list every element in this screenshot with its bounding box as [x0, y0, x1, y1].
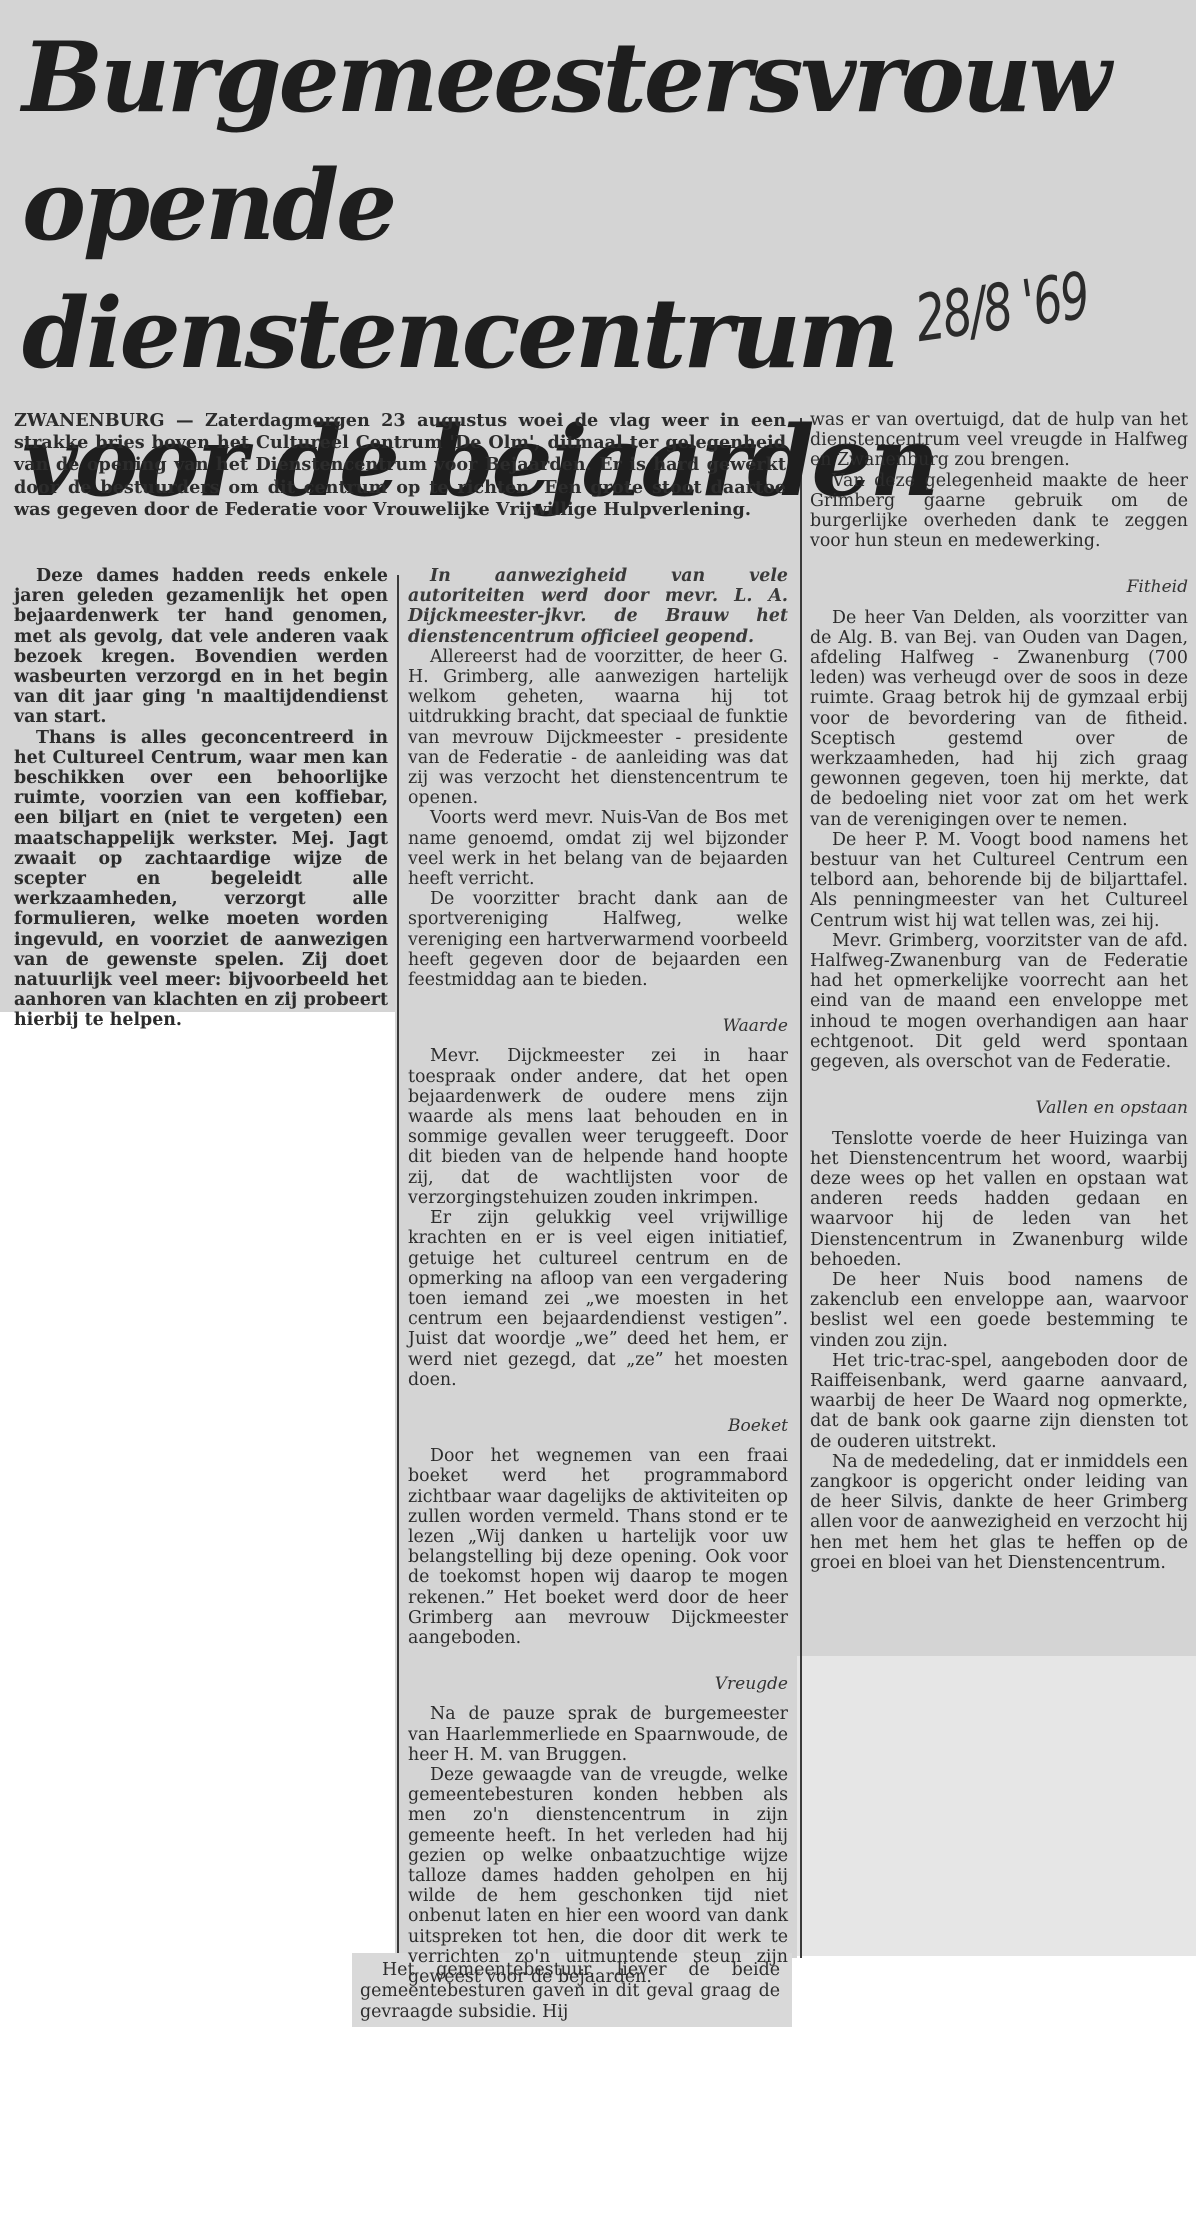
- clipping-blank-area: [797, 1656, 1196, 1956]
- paragraph: Van deze gelegenheid maakte de heer Grim…: [810, 471, 1188, 552]
- paragraph: Mevr. Dijckmeester zei in haar toespraak…: [408, 1046, 788, 1208]
- paragraph: Door het wegnemen van een fraai boeket w…: [408, 1446, 788, 1648]
- paragraph: Na de mededeling, dat er inmiddels een z…: [810, 1452, 1188, 1573]
- column-1: Deze dames hadden reeds enkele jaren gel…: [14, 566, 388, 1031]
- subheading-fitheid: Fitheid: [810, 577, 1188, 597]
- paragraph: De voorzitter bracht dank aan de sportve…: [408, 889, 788, 990]
- paragraph: Het gemeentebestuur, liever de beide gem…: [360, 1960, 780, 2023]
- lead-paragraph: In aanwezigheid van vele autoriteiten we…: [408, 566, 788, 647]
- article-intro: ZWANENBURG — Zaterdagmorgen 23 augustus …: [14, 410, 786, 521]
- subheading-boeket: Boeket: [408, 1416, 788, 1436]
- paragraph: De heer P. M. Voogt bood namens het best…: [810, 830, 1188, 931]
- paragraph: Mevr. Grimberg, voorzitster van de afd. …: [810, 931, 1188, 1072]
- paragraph: Voorts werd mevr. Nuis-Van de Bos met na…: [408, 808, 788, 889]
- paragraph: Allereerst had de voorzitter, de heer G.…: [408, 647, 788, 809]
- paragraph: De heer Nuis bood namens de zakenclub ee…: [810, 1270, 1188, 1351]
- column-2-tail: Het gemeentebestuur, liever de beide gem…: [360, 1960, 780, 2023]
- paragraph: Tenslotte voerde de heer Huizinga van he…: [810, 1129, 1188, 1270]
- column-rule-left: [397, 575, 399, 1953]
- subheading-vallen-en-opstaan: Vallen en opstaan: [810, 1098, 1188, 1118]
- paragraph: Deze dames hadden reeds enkele jaren gel…: [14, 566, 388, 728]
- paragraph: Deze gewaagde van de vreugde, welke geme…: [408, 1765, 788, 1987]
- column-2: In aanwezigheid van vele autoriteiten we…: [408, 566, 788, 1987]
- column-rule-right: [800, 418, 802, 1958]
- headline-line-2: opende dienstencentrum: [22, 142, 1122, 398]
- subheading-vreugde: Vreugde: [408, 1674, 788, 1694]
- paragraph: was er van overtuigd, dat de hulp van he…: [810, 410, 1188, 471]
- paragraph: Thans is alles geconcentreerd in het Cul…: [14, 728, 388, 1031]
- subheading-waarde: Waarde: [408, 1016, 788, 1036]
- paragraph: De heer Van Delden, als voorzitter van d…: [810, 608, 1188, 830]
- headline-line-1: Burgemeestersvrouw: [22, 14, 1122, 142]
- paragraph: Na de pauze sprak de burgemeester van Ha…: [408, 1704, 788, 1765]
- paragraph: Er zijn gelukkig veel vrijwillige kracht…: [408, 1208, 788, 1390]
- paragraph: Het tric-trac-spel, aangeboden door de R…: [810, 1351, 1188, 1452]
- column-3: was er van overtuigd, dat de hulp van he…: [810, 410, 1188, 1573]
